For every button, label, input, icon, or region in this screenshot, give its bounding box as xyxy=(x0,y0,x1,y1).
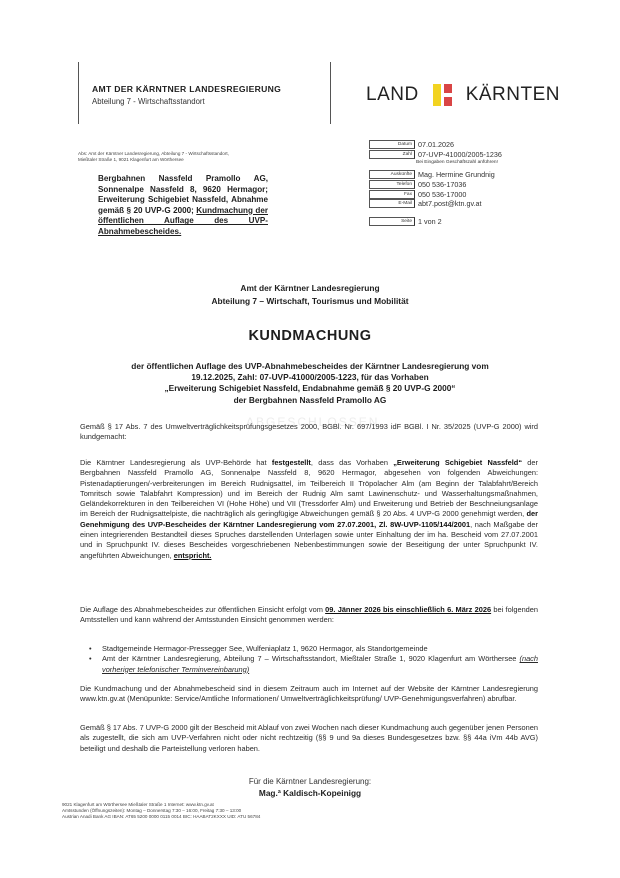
document-subheading: der öffentlichen Auflage des UVP-Abnahme… xyxy=(60,361,560,406)
reference-note: Bei Eingaben Geschäftszahl anführen! xyxy=(416,159,502,167)
dept-line-2: Abteilung 7 – Wirtschaft, Tourismus und … xyxy=(60,296,560,306)
meta-row: Datum07.01.2026 xyxy=(369,140,502,150)
paragraph-online-availability: Die Kundmachung und der Abnahmebescheid … xyxy=(80,684,538,705)
meta-label: Fax xyxy=(369,190,415,199)
meta-label: Telefon xyxy=(369,180,415,189)
logo-text-left: LAND xyxy=(366,84,419,106)
land-kaernten-logo: LAND KÄRNTEN xyxy=(366,84,560,106)
meta-label: Datum xyxy=(369,140,415,149)
meta-label: E-Mail xyxy=(369,199,415,208)
meta-row: E-Mailabt7.post@ktn.gv.at xyxy=(369,199,502,209)
meta-value: 07.01.2026 xyxy=(418,140,454,149)
meta-row: AuskünfteMag. Hermine Grundnig xyxy=(369,170,502,180)
paragraph-decision: Die Kärntner Landesregierung als UVP-Beh… xyxy=(80,458,538,561)
meta-row: Zahl07-UVP-41000/2005-1236 xyxy=(369,150,502,160)
fold-line-left xyxy=(78,62,79,124)
signature-label: Für die Kärntner Landesregierung: xyxy=(60,777,560,786)
signature-name: Mag.ª Kaldisch-Kopeinigg xyxy=(60,788,560,798)
footer: 9021 Klagenfurt am Wörthersee Mießtaler … xyxy=(62,802,362,821)
document-title: KUNDMACHUNG xyxy=(60,328,560,344)
meta-value: 050 536-17036 xyxy=(418,180,466,189)
page-indicator: Seite1 von 2 xyxy=(369,217,502,227)
fold-line-right xyxy=(330,62,331,124)
meta-value: 07-UVP-41000/2005-1236 xyxy=(418,150,502,159)
paragraph-legal-basis: Gemäß § 17 Abs. 7 des Umweltverträglichk… xyxy=(80,422,538,443)
meta-label: Zahl xyxy=(369,150,415,159)
meta-label: Auskünfte xyxy=(369,170,415,179)
logo-text-right: KÄRNTEN xyxy=(466,84,560,106)
paragraph-inspection-period: Die Auflage des Abnahmebescheides zur öf… xyxy=(80,605,538,626)
sender-line: Abs: Amt der Kärntner Landesregierung, A… xyxy=(78,151,318,163)
dept-line-1: Amt der Kärntner Landesregierung xyxy=(60,283,560,293)
meta-value: 1 von 2 xyxy=(418,217,442,226)
meta-value: abt7.post@ktn.gv.at xyxy=(418,199,482,208)
coat-of-arms-icon xyxy=(433,84,452,106)
office-subtitle: Abteilung 7 - Wirtschaftsstandort xyxy=(92,97,205,106)
meta-value: 050 536-17000 xyxy=(418,190,466,199)
meta-label: Seite xyxy=(369,217,415,226)
office-title: AMT DER KÄRNTNER LANDESREGIERUNG xyxy=(92,84,281,94)
meta-row: Telefon050 536-17036 xyxy=(369,180,502,190)
meta-value: Mag. Hermine Grundnig xyxy=(418,170,495,179)
meta-box: Datum07.01.2026Zahl07-UVP-41000/2005-123… xyxy=(369,140,502,226)
inspection-locations-list: Stadtgemeinde Hermagor-Pressegger See, W… xyxy=(102,644,538,675)
meta-row: Fax050 536-17000 xyxy=(369,189,502,199)
list-item: Stadtgemeinde Hermagor-Pressegger See, W… xyxy=(102,644,538,654)
list-item: Amt der Kärntner Landesregierung, Abteil… xyxy=(102,654,538,675)
paragraph-service-notice: Gemäß § 17 Abs. 7 UVP-G 2000 gilt der Be… xyxy=(80,723,538,754)
recipient-block: Bergbahnen Nassfeld Pramollo AG, Sonnena… xyxy=(98,174,268,238)
